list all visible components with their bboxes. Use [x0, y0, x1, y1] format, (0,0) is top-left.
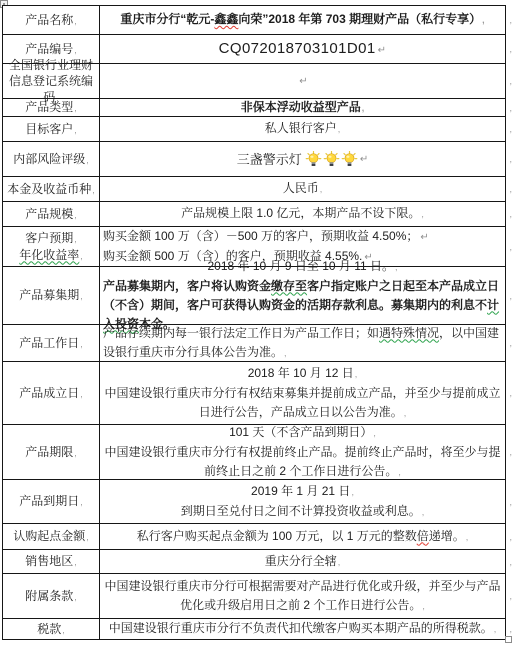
end-of-cell-mark: ,	[355, 369, 358, 379]
label-text: 内部风险评级	[13, 152, 85, 166]
end-of-row-mark: ,	[509, 497, 512, 507]
label-text: 全国银行业理财信息登记系统编码	[9, 58, 93, 104]
end-of-cell-mark: ,	[80, 339, 83, 349]
row-label: 全国银行业理财信息登记系统编码,	[3, 64, 100, 98]
row-label: 客户预期, 年化收益率,	[3, 227, 100, 266]
sales-area-text: 重庆分行全辖	[265, 554, 337, 568]
row-label: 产品成立日,	[3, 362, 100, 424]
table-row-tax: 税款, 中国建设银行重庆市分行不负责代扣代缴客户购买本期产品的所得税款。, ,	[3, 618, 505, 639]
table-row-registry-code: 全国银行业理财信息登记系统编码, ↵ ,	[3, 63, 505, 98]
label-text: 产品募集期	[19, 288, 79, 302]
target-customer-text: 私人银行客户	[265, 121, 337, 135]
label-text: 产品名称	[25, 13, 73, 27]
row-label: 附属条款,	[3, 574, 100, 618]
label-text: 产品成立日	[19, 386, 79, 400]
end-of-cell-mark: ,	[398, 467, 401, 477]
row-value: 中国建设银行重庆市分行可根据需要对产品进行优化或升级，并至少与产品优化或升级启用…	[100, 574, 505, 618]
line-break-mark: ↵	[299, 76, 307, 87]
raising-para-text: 产品募集期内，客户将认购资金	[103, 279, 271, 293]
line-break-mark: ↵	[378, 45, 387, 56]
row-value: 三盏警示灯	[100, 142, 505, 176]
row-label: 产品期限,	[3, 425, 100, 479]
scale-text: 产品规模上限 1.0 亿元，本期产品不设下限。	[181, 206, 420, 220]
line-break-mark: ↵	[360, 150, 368, 169]
end-of-cell-mark: ,	[404, 408, 407, 418]
end-of-cell-mark: ,	[373, 428, 376, 438]
row-label: 认购起点金额,	[3, 524, 100, 549]
end-of-row-mark: ,	[509, 447, 512, 457]
end-of-cell-mark: ,	[74, 234, 77, 244]
table-row-product-name: 产品名称, 重庆市分行“乾元-鑫鑫向荣”2018 年第 703 期理财产品（私行…	[3, 6, 505, 34]
duration-para-text: 中国建设银行重庆市分行有权提前终止产品。提前终止产品时，将至少与提前终止日之前 …	[104, 445, 500, 478]
working-day-grammar: 遇特殊情况	[379, 326, 439, 340]
end-of-cell-mark: ,	[74, 125, 77, 135]
end-of-cell-mark: ,	[320, 184, 323, 194]
end-of-row-mark: ,	[509, 557, 512, 567]
end-of-cell-mark: ,	[338, 124, 341, 134]
row-value: 2019 年 1 月 21 日, 到期日至兑付日之间不计算投资收益或利息。,	[100, 480, 505, 523]
row-value: 重庆分行全辖,	[100, 550, 505, 573]
row-value: 中国建设银行重庆市分行不负责代扣代缴客户购买本期产品的所得税款。,	[100, 619, 505, 639]
warning-light-icon	[341, 151, 358, 168]
row-label: 产品类型,	[3, 99, 100, 116]
table-row-sales-area: 销售地区, 重庆分行全辖, ,	[3, 549, 505, 573]
raising-para-grammar-1: 缴存至	[271, 279, 307, 293]
end-of-cell-mark: ,	[80, 291, 83, 301]
label-text: 产品期限	[25, 445, 73, 459]
end-of-cell-mark: ,	[80, 497, 83, 507]
end-of-cell-mark: ,	[395, 262, 398, 272]
table-row-risk-rating: 内部风险评级, 三盏警示灯	[3, 141, 505, 176]
product-type-text: 非保本浮动收益型产品	[241, 100, 361, 114]
row-label: 产品募集期,	[3, 267, 100, 324]
end-of-cell-mark: ,	[422, 507, 425, 517]
end-of-cell-mark: ,	[466, 532, 469, 542]
row-label: 产品规模,	[3, 202, 100, 226]
document-page: 产品名称, 重庆市分行“乾元-鑫鑫向荣”2018 年第 703 期理财产品（私行…	[0, 0, 515, 645]
end-of-cell-mark: ,	[80, 251, 83, 261]
product-info-table: 产品名称, 重庆市分行“乾元-鑫鑫向荣”2018 年第 703 期理财产品（私行…	[2, 5, 506, 640]
product-name-text-2: 向荣”2018 年第 703 期理财产品（私行专享）	[238, 12, 481, 26]
warning-light-icon	[305, 151, 322, 168]
end-of-cell-mark: ,	[92, 185, 95, 195]
label-text: 产品到期日	[19, 494, 79, 508]
label-text: 产品类型	[25, 100, 73, 114]
label-text: 产品工作日	[19, 336, 79, 350]
end-of-cell-mark: ,	[86, 532, 89, 542]
end-of-cell-mark: ,	[421, 209, 424, 219]
row-label: 本金及收益币种,	[3, 177, 100, 201]
maturity-note-text: 到期日至兑付日之间不计算投资收益或利息。	[181, 504, 421, 518]
end-of-row-mark: ,	[509, 184, 512, 194]
establishment-para-text: 中国建设银行重庆市分行有权结束募集并提前成立产品，并至少与提前成立日进行公告，产…	[104, 386, 500, 419]
currency-text: 人民币	[283, 181, 319, 195]
end-of-row-mark: ,	[509, 103, 512, 113]
label-text: 客户预期	[25, 231, 73, 245]
table-row-working-day: 产品工作日, 产品存续期内每一银行法定工作日为产品工作日；如遇特殊情况，以中国建…	[3, 324, 505, 361]
warning-lights	[304, 151, 358, 168]
end-of-cell-mark: ,	[74, 103, 77, 113]
table-row-min-purchase: 认购起点金额, 私行客户购买起点金额为 100 万元，以 1 万元的整数倍递增。…	[3, 523, 505, 549]
product-code-text: CQ072018703101D01	[219, 40, 376, 57]
end-of-row-mark: ,	[509, 242, 512, 252]
establishment-date-text: 2018 年 10 月 12 日	[248, 366, 354, 380]
end-of-cell-mark: ,	[74, 557, 77, 567]
row-value: CQ072018703101D01↵	[100, 35, 505, 63]
product-name-misspelled: 鑫鑫	[214, 12, 238, 26]
table-row-scale: 产品规模, 产品规模上限 1.0 亿元，本期产品不设下限。, ,	[3, 201, 505, 226]
end-of-cell-mark: ,	[362, 103, 365, 113]
end-of-row-mark: ,	[509, 209, 512, 219]
end-of-cell-mark: ,	[74, 210, 77, 220]
table-row-currency: 本金及收益币种, 人民币, ,	[3, 176, 505, 201]
appendix-text: 中国建设银行重庆市分行可根据需要对产品进行优化或升级，并至少与产品优化或升级启用…	[104, 579, 500, 612]
label-text: 产品编号	[25, 42, 73, 56]
end-of-row-mark: ,	[509, 532, 512, 542]
risk-rating-text: 三盏警示灯	[237, 150, 302, 169]
end-of-row-mark: ,	[509, 124, 512, 134]
row-value: 2018 年 10 月 12 日, 中国建设银行重庆市分行有权结束募集并提前成立…	[100, 362, 505, 424]
min-purchase-text: 私行客户购买起点金额为 100 万元，以 1 万元的整数	[137, 529, 417, 543]
line-break-mark: ↵	[420, 232, 428, 243]
maturity-date-text: 2019 年 1 月 21 日	[251, 484, 350, 498]
end-of-cell-mark: ,	[284, 348, 287, 358]
end-of-cell-mark: ,	[422, 601, 425, 611]
label-text: 附属条款	[25, 589, 73, 603]
end-of-cell-mark: ,	[494, 624, 497, 634]
end-of-row-mark: ,	[509, 15, 512, 25]
table-row-target-customer: 目标客户, 私人银行客户, ,	[3, 116, 505, 141]
row-value: ↵	[100, 64, 505, 98]
table-row-duration: 产品期限, 101 天（不含产品到期日）, 中国建设银行重庆市分行有权提前终止产…	[3, 424, 505, 479]
end-of-cell-mark: ,	[80, 389, 83, 399]
label-text: 认购起点金额	[13, 529, 85, 543]
table-row-raising-period: 产品募集期, 2018 年 10 月 9 日至 10 月 11 日。, 产品募集…	[3, 266, 505, 324]
table-resize-handle[interactable]	[505, 636, 512, 643]
row-label: 产品名称,	[3, 6, 100, 34]
row-label: 销售地区,	[3, 550, 100, 573]
end-of-cell-mark: ,	[74, 448, 77, 458]
row-value: 101 天（不含产品到期日）, 中国建设银行重庆市分行有权提前终止产品。提前终止…	[100, 425, 505, 479]
product-name-text: 重庆市分行“乾元-	[120, 12, 214, 26]
row-value: 人民币,	[100, 177, 505, 201]
end-of-cell-mark: ,	[482, 15, 485, 25]
row-label: 目标客户,	[3, 117, 100, 141]
end-of-row-mark: ,	[509, 44, 512, 54]
table-row-product-type: 产品类型, 非保本浮动收益型产品, ,	[3, 98, 505, 116]
end-of-row-mark: ,	[509, 154, 512, 164]
table-row-appendix: 附属条款, 中国建设银行重庆市分行可根据需要对产品进行优化或升级，并至少与产品优…	[3, 573, 505, 618]
label-text: 产品规模	[25, 207, 73, 221]
end-of-row-mark: ,	[509, 591, 512, 601]
min-purchase-misspelled: 倍	[417, 529, 429, 543]
warning-light-icon	[323, 151, 340, 168]
raising-date-text: 2018 年 10 月 9 日至 10 月 11 日。	[207, 259, 394, 273]
working-day-text: 产品存续期内每一银行法定工作日为产品工作日；如	[103, 326, 379, 340]
label-text-2: 年化收益率	[19, 248, 79, 262]
row-value: 产品存续期内每一银行法定工作日为产品工作日；如遇特殊情况，以中国建设银行重庆市分…	[100, 325, 505, 361]
row-value: 私人银行客户,	[100, 117, 505, 141]
end-of-cell-mark: ,	[74, 592, 77, 602]
min-purchase-text-2: 递增。	[429, 529, 465, 543]
end-of-row-mark: ,	[509, 338, 512, 348]
duration-term-text: 101 天（不含产品到期日）	[229, 425, 372, 439]
tax-text: 中国建设银行重庆市分行不负责代扣代缴客户购买本期产品的所得税款。	[109, 621, 493, 635]
row-value: 产品规模上限 1.0 亿元，本期产品不设下限。,	[100, 202, 505, 226]
row-value: 重庆市分行“乾元-鑫鑫向荣”2018 年第 703 期理财产品（私行专享）,	[100, 6, 505, 34]
end-of-row-mark: ,	[509, 624, 512, 634]
yield-tier1-text: 购买金额 100 万（含）－500 万的客户，预期收益 4.50%；	[103, 229, 418, 243]
row-label: 内部风险评级,	[3, 142, 100, 176]
row-value: 2018 年 10 月 9 日至 10 月 11 日。, 产品募集期内，客户将认…	[100, 267, 505, 324]
label-text: 目标客户	[25, 122, 73, 136]
row-label: 税款,	[3, 619, 100, 639]
end-of-row-mark: ,	[509, 76, 512, 86]
label-text: 销售地区	[25, 554, 73, 568]
table-row-maturity-date: 产品到期日, 2019 年 1 月 21 日, 到期日至兑付日之间不计算投资收益…	[3, 479, 505, 523]
row-value: 私行客户购买起点金额为 100 万元，以 1 万元的整数倍递增。,	[100, 524, 505, 549]
label-text: 税款	[37, 622, 61, 636]
end-of-cell-mark: ,	[62, 625, 65, 635]
label-text: 本金及收益币种	[7, 182, 91, 196]
row-label: 产品到期日,	[3, 480, 100, 523]
end-of-cell-mark: ,	[338, 557, 341, 567]
end-of-cell-mark: ,	[74, 16, 77, 26]
end-of-row-mark: ,	[509, 291, 512, 301]
table-row-establishment-date: 产品成立日, 2018 年 10 月 12 日, 中国建设银行重庆市分行有权结束…	[3, 361, 505, 424]
row-label: 产品工作日,	[3, 325, 100, 361]
end-of-row-mark: ,	[509, 388, 512, 398]
end-of-cell-mark: ,	[351, 487, 354, 497]
end-of-cell-mark: ,	[86, 155, 89, 165]
end-of-cell-mark: ,	[74, 45, 77, 55]
row-value: 非保本浮动收益型产品,	[100, 99, 505, 116]
